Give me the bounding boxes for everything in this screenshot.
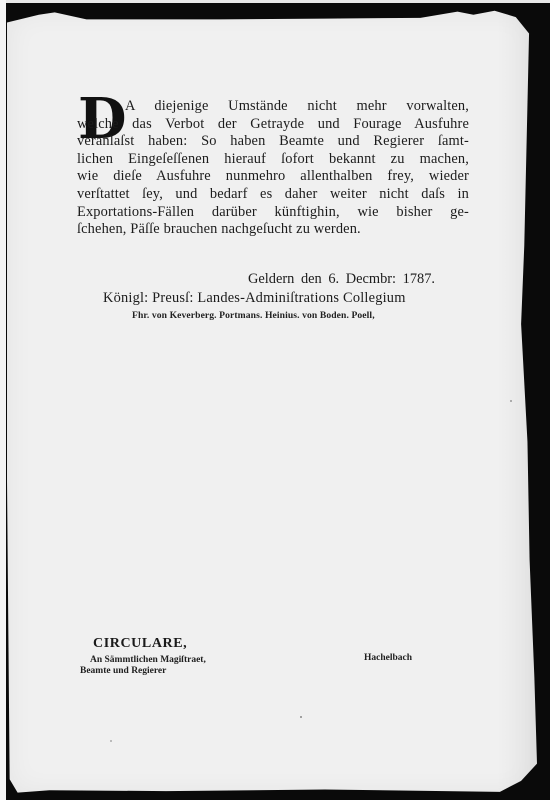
proclamation-body: A diejenige Umstände nicht mehr vorwalte… — [77, 98, 469, 239]
signatories: Fhr. von Keverberg. Portmans. Heinius. v… — [132, 310, 375, 321]
body-line-6: verſtattet ſey, und bedarf es daher weit… — [77, 186, 469, 204]
issuing-authority: Königl: Preusſ: Landes-Adminiſtrations C… — [103, 290, 406, 307]
paper-speck — [510, 400, 512, 402]
paper-edge-shadow — [497, 10, 537, 795]
addressee-line-1: An Sämmtlichen Magiſtraet, — [80, 655, 206, 666]
paper-speck — [300, 716, 302, 718]
body-line-3: veranlaſst haben: So haben Beamte und Re… — [77, 133, 469, 151]
scan-top-border — [0, 0, 550, 3]
addressee-line-2: Beamte und Regierer — [80, 666, 206, 677]
body-line-8: ſchehen, Päſſe brauchen nachgeſucht zu w… — [77, 221, 469, 239]
scan-left-border — [0, 0, 6, 800]
circular-title: CIRCULARE, — [93, 636, 187, 652]
paper-speck — [110, 740, 112, 742]
body-line-2: welche das Verbot der Getrayde und Foura… — [77, 116, 469, 134]
place-and-date: Geldern den 6. Decmbr: 1787. — [248, 271, 435, 288]
body-line-5: wie dieſe Ausfuhre nunmehro allenthalben… — [77, 168, 469, 186]
body-line-7: Exportations-Fällen darüber künftighin, … — [77, 204, 469, 222]
addressee-block: An Sämmtlichen Magiſtraet, Beamte und Re… — [80, 655, 206, 677]
body-line-1: A diejenige Umstände nicht mehr vorwalte… — [77, 98, 469, 116]
body-line-4: lichen Eingeſeſſenen hierauf ſofort beka… — [77, 151, 469, 169]
printer-name: Hachelbach — [364, 653, 412, 663]
